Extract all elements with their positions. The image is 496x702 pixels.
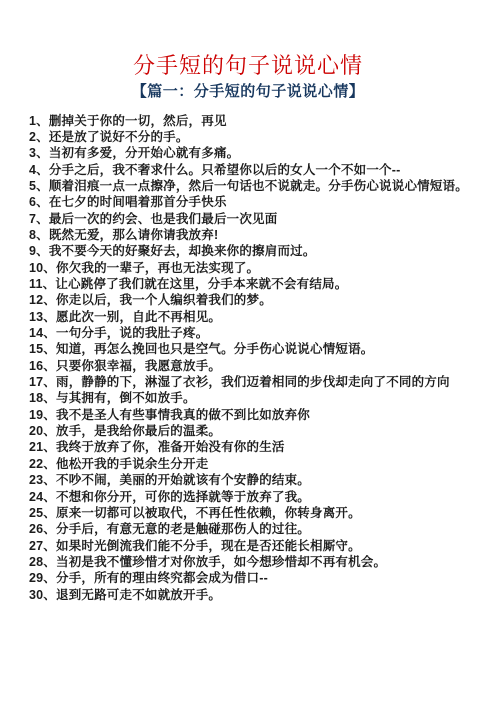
- sentence-line: 26、分手后，有意无意的老是触碰那伤人的过往。: [20, 521, 470, 537]
- sentence-line: 24、不想和你分开，可你的选择就等于放弃了我。: [20, 489, 470, 505]
- sentence-line: 10、你欠我的一辈子，再也无法实现了。: [20, 260, 470, 276]
- sentence-line: 21、我终于放弃了你，准备开始没有你的生活: [20, 439, 470, 455]
- sentence-line: 3、当初有多爱，分开始心就有多痛。: [20, 145, 470, 161]
- section-heading: 【篇一：分手短的句子说说心情】: [0, 81, 496, 101]
- sentence-line: 29、分手，所有的理由终究都会成为借口--: [20, 570, 470, 586]
- document-title: 分手短的句子说说心情: [0, 0, 496, 81]
- sentence-line: 18、与其拥有，倒不如放手。: [20, 390, 470, 406]
- sentence-line: 14、一句分手，说的我肚子疼。: [20, 325, 470, 341]
- sentence-line: 6、在七夕的时间唱着那首分手快乐: [20, 194, 470, 210]
- sentence-line: 30、退到无路可走不如就放开手。: [20, 587, 470, 603]
- document-page: 分手短的句子说说心情 【篇一：分手短的句子说说心情】 1、删掉关于你的一切，然后…: [0, 0, 496, 702]
- sentence-line: 12、你走以后，我一个人编织着我们的梦。: [20, 292, 470, 308]
- sentence-line: 19、我不是圣人有些事情我真的做不到比如放弃你: [20, 407, 470, 423]
- sentence-line: 7、最后一次的约会、也是我们最后一次见面: [20, 211, 470, 227]
- sentence-line: 22、他松开我的手说余生分开走: [20, 456, 470, 472]
- sentence-line: 2、还是放了说好不分的手。: [20, 129, 470, 145]
- sentence-line: 4、分手之后，我不奢求什么。只希望你以后的女人一个不如一个--: [20, 162, 470, 178]
- sentence-line: 8、既然无爱，那么请你请我放弃!: [20, 227, 470, 243]
- sentence-line: 17、雨，静静的下，淋湿了衣衫，我们迈着相同的步伐却走向了不同的方向: [20, 374, 470, 390]
- sentence-line: 9、我不要今天的好聚好去，却换来你的擦肩而过。: [20, 243, 470, 259]
- sentence-line: 13、愿此次一别，自此不再相见。: [20, 309, 470, 325]
- sentence-line: 25、原来一切都可以被取代，不再任性依赖，你转身离开。: [20, 505, 470, 521]
- sentence-line: 5、顺着泪痕一点一点擦净，然后一句话也不说就走。分手伤心说说心情短语。: [20, 178, 470, 194]
- sentence-line: 28、当初是我不懂珍惜才对你放手，如今想珍惜却不再有机会。: [20, 554, 470, 570]
- sentence-line: 20、放手，是我给你最后的温柔。: [20, 423, 470, 439]
- sentence-line: 11、让心跳停了我们就在这里，分手本来就不会有结局。: [20, 276, 470, 292]
- sentence-line: 23、不吵不闹，美丽的开始就该有个安静的结束。: [20, 472, 470, 488]
- sentence-line: 15、知道，再怎么挽回也只是空气。分手伤心说说心情短语。: [20, 341, 470, 357]
- sentence-line: 16、只要你狠幸福，我愿意放手。: [20, 358, 470, 374]
- sentence-list: 1、删掉关于你的一切，然后，再见2、还是放了说好不分的手。3、当初有多爱，分开始…: [0, 113, 496, 603]
- sentence-line: 27、如果时光倒流我们能不分手，现在是否还能长相厮守。: [20, 538, 470, 554]
- sentence-line: 1、删掉关于你的一切，然后，再见: [20, 113, 470, 129]
